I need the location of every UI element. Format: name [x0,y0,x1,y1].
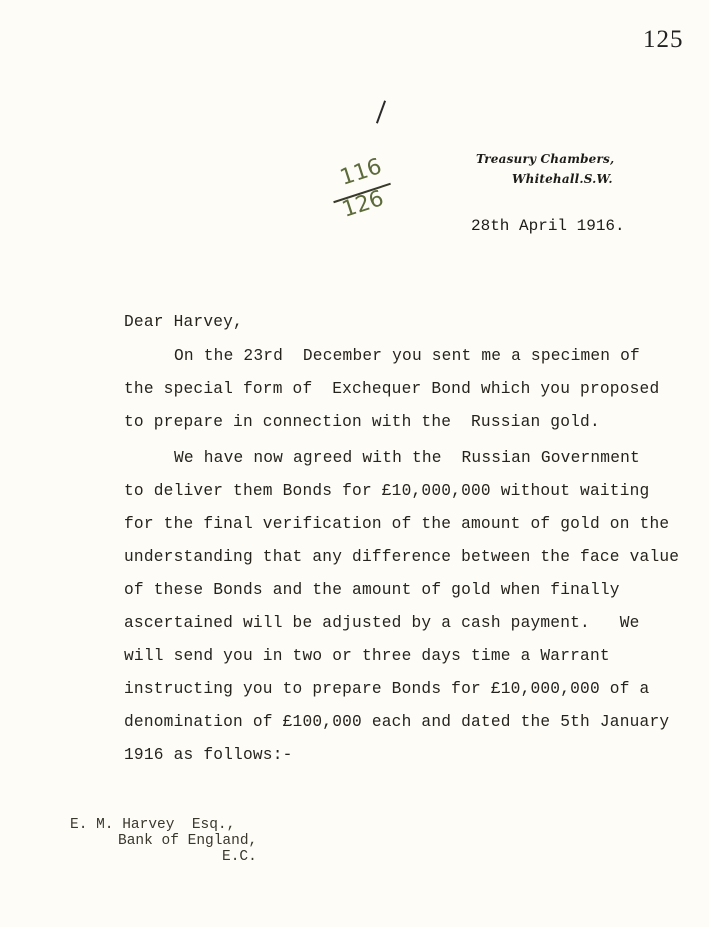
body-line-11: instructing you to prepare Bonds for £10… [124,680,649,698]
body-line-4: We have now agreed with the Russian Gove… [174,449,640,467]
body-line-7: understanding that any difference betwee… [124,548,679,566]
page-number: 125 [643,26,684,54]
folio-annotation: 116 126 [330,160,410,230]
folio-bottom: 126 [339,186,387,223]
body-line-6: for the final verification of the amount… [124,515,669,533]
letterhead-line-2: Whitehall.S.W. [512,172,613,186]
body-line-5: to deliver them Bonds for £10,000,000 wi… [124,482,649,500]
handwritten-slash-mark [376,100,386,123]
body-line-3: to prepare in connection with the Russia… [124,413,600,431]
letterhead-line-1: Treasury Chambers, [476,152,614,166]
body-line-1: On the 23rd December you sent me a speci… [174,347,640,365]
body-line-13: 1916 as follows:- [124,746,293,764]
body-line-8: of these Bonds and the amount of gold wh… [124,581,620,599]
addressee-district: E.C. [222,849,257,865]
letter-date: 28th April 1916. [471,217,625,235]
salutation: Dear Harvey, [124,313,243,331]
body-line-12: denomination of £100,000 each and dated … [124,713,669,731]
addressee-institution: Bank of England, [118,833,257,849]
body-line-10: will send you in two or three days time … [124,647,610,665]
body-line-9: ascertained will be adjusted by a cash p… [124,614,640,632]
body-line-2: the special form of Exchequer Bond which… [124,380,659,398]
addressee-name: E. M. Harvey Esq., [70,817,235,833]
